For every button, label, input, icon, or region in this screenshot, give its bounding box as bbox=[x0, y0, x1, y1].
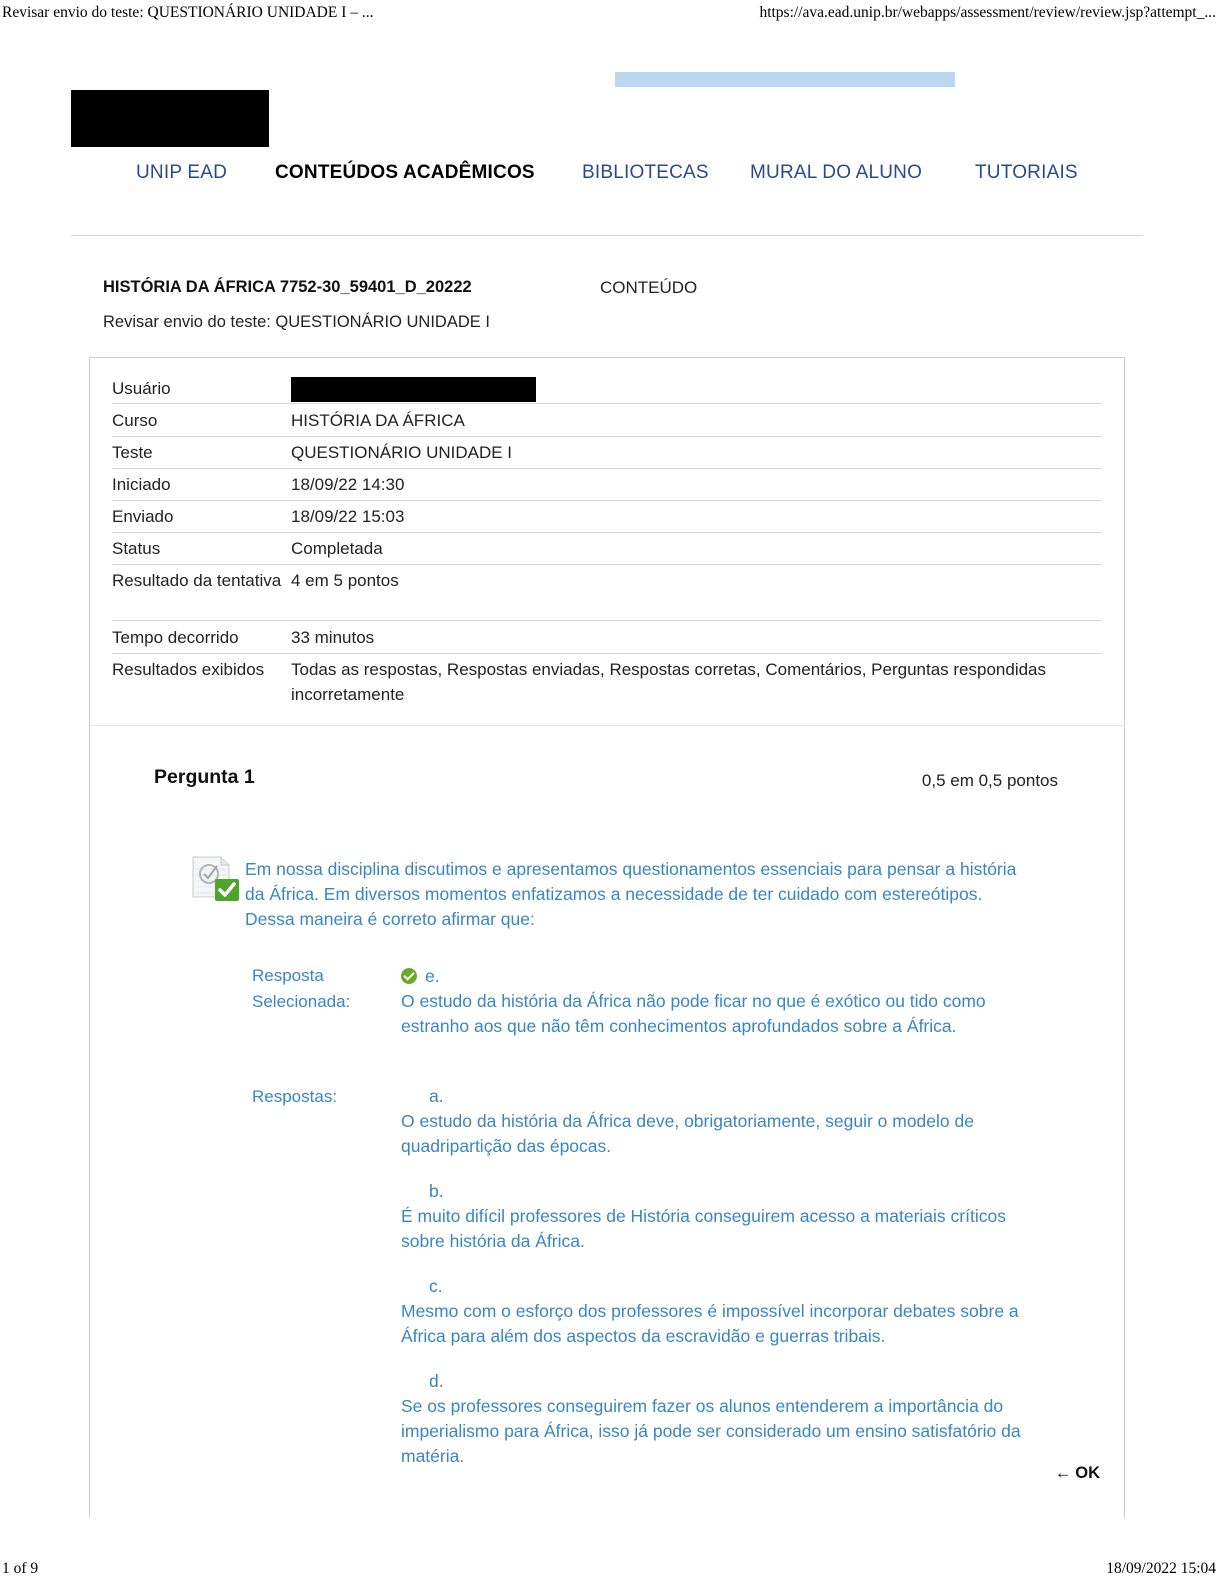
answer-option-a: a. O estudo da história da África deve, … bbox=[401, 1084, 1041, 1159]
answer-option-d: d. Se os professores conseguirem fazer o… bbox=[401, 1369, 1041, 1469]
question-text: Em nossa disciplina discutimos e apresen… bbox=[245, 857, 1035, 932]
top-banner-bar bbox=[615, 72, 955, 87]
summary-label: Iniciado bbox=[112, 472, 282, 497]
summary-label: Resultados exibidos bbox=[112, 657, 297, 682]
correct-question-icon bbox=[191, 855, 241, 903]
summary-label: Status bbox=[112, 536, 282, 561]
ok-button[interactable]: ←OK bbox=[1055, 1464, 1100, 1483]
summary-label: Resultado da tentativa bbox=[112, 568, 282, 593]
question-score: 0,5 em 0,5 pontos bbox=[922, 771, 1058, 791]
summary-label: Enviado bbox=[112, 504, 282, 529]
summary-row-resultados-exibidos: Resultados exibidos Todas as respostas, … bbox=[112, 657, 1102, 709]
summary-row-status: Status Completada bbox=[112, 536, 1102, 565]
summary-label: Teste bbox=[112, 440, 282, 465]
selected-answer-letter: e. bbox=[401, 964, 1041, 989]
print-header: Revisar envio do teste: QUESTIONÁRIO UNI… bbox=[0, 4, 1224, 26]
answer-text: Mesmo com o esforço dos professores é im… bbox=[401, 1301, 1019, 1346]
print-page-title: Revisar envio do teste: QUESTIONÁRIO UNI… bbox=[2, 4, 374, 22]
answer-option-b: b. É muito difícil professores de Histór… bbox=[401, 1179, 1041, 1254]
answer-letter: b. bbox=[401, 1179, 1041, 1204]
nav-item-tutoriais[interactable]: TUTORIAIS bbox=[975, 162, 1078, 184]
question-title: Pergunta 1 bbox=[154, 766, 255, 789]
summary-row-iniciado: Iniciado 18/09/22 14:30 bbox=[112, 472, 1102, 501]
summary-value: Completada bbox=[291, 536, 1091, 561]
summary-row-tempo: Tempo decorrido 33 minutos bbox=[112, 625, 1102, 654]
answer-option-c: c. Mesmo com o esforço dos professores é… bbox=[401, 1274, 1041, 1349]
answer-letter: c. bbox=[401, 1274, 1041, 1299]
nav-divider bbox=[71, 235, 1143, 236]
summary-label: Curso bbox=[112, 408, 282, 433]
summary-value: Todas as respostas, Respostas enviadas, … bbox=[291, 657, 1091, 707]
selected-answer-text: O estudo da história da África não pode … bbox=[401, 991, 986, 1036]
breadcrumb-course[interactable]: HISTÓRIA DA ÁFRICA 7752-30_59401_D_20222 bbox=[103, 278, 472, 297]
summary-value: HISTÓRIA DA ÁFRICA bbox=[291, 408, 1091, 433]
review-panel: Usuário Curso HISTÓRIA DA ÁFRICA Teste Q… bbox=[89, 357, 1125, 1518]
print-page-url: https://ava.ead.unip.br/webapps/assessme… bbox=[759, 4, 1216, 22]
summary-value: 4 em 5 pontos bbox=[291, 568, 1091, 593]
summary-row-usuario: Usuário bbox=[112, 376, 1102, 404]
breadcrumb-section[interactable]: CONTEÚDO bbox=[600, 278, 697, 298]
summary-value: QUESTIONÁRIO UNIDADE I bbox=[291, 440, 1091, 465]
nav-item-unip-ead[interactable]: UNIP EAD bbox=[136, 162, 227, 184]
print-datetime: 18/09/2022 15:04 bbox=[1106, 1560, 1216, 1578]
answer-text: O estudo da história da África deve, obr… bbox=[401, 1111, 974, 1156]
user-name-redacted bbox=[291, 377, 536, 402]
summary-row-resultado: Resultado da tentativa 4 em 5 pontos bbox=[112, 568, 1102, 621]
answer-text: Se os professores conseguirem fazer os a… bbox=[401, 1396, 1021, 1466]
summary-row-teste: Teste QUESTIONÁRIO UNIDADE I bbox=[112, 440, 1102, 469]
summary-value: 18/09/22 14:30 bbox=[291, 472, 1091, 497]
selected-answer-label: Resposta Selecionada: bbox=[252, 963, 372, 1014]
summary-label: Usuário bbox=[112, 376, 282, 401]
summary-row-enviado: Enviado 18/09/22 15:03 bbox=[112, 504, 1102, 533]
summary-value bbox=[291, 376, 1091, 402]
attempt-summary: Usuário Curso HISTÓRIA DA ÁFRICA Teste Q… bbox=[90, 358, 1123, 726]
selected-answer: e. O estudo da história da África não po… bbox=[401, 964, 1041, 1039]
summary-value: 33 minutos bbox=[291, 625, 1091, 650]
print-page-number: 1 of 9 bbox=[2, 1560, 38, 1578]
answers-label: Respostas: bbox=[252, 1084, 337, 1110]
answer-letter: a. bbox=[401, 1084, 1041, 1109]
nav-item-bibliotecas[interactable]: BIBLIOTECAS bbox=[582, 162, 709, 184]
summary-row-curso: Curso HISTÓRIA DA ÁFRICA bbox=[112, 408, 1102, 437]
nav-item-mural-do-aluno[interactable]: MURAL DO ALUNO bbox=[750, 162, 922, 184]
summary-label: Tempo decorrido bbox=[112, 625, 282, 650]
answer-letter: d. bbox=[401, 1369, 1041, 1394]
nav-item-conteudos-academicos[interactable]: CONTEÚDOS ACADÊMICOS bbox=[275, 162, 535, 184]
print-footer: 1 of 9 18/09/2022 15:04 bbox=[0, 1558, 1224, 1578]
page-title: Revisar envio do teste: QUESTIONÁRIO UNI… bbox=[103, 313, 490, 332]
summary-value: 18/09/22 15:03 bbox=[291, 504, 1091, 529]
check-circle-icon bbox=[401, 968, 417, 984]
answer-text: É muito difícil professores de História … bbox=[401, 1206, 1006, 1251]
arrow-left-icon: ← bbox=[1055, 1464, 1072, 1482]
site-logo-redacted bbox=[71, 90, 269, 147]
main-nav: UNIP EAD CONTEÚDOS ACADÊMICOS BIBLIOTECA… bbox=[0, 162, 1224, 190]
